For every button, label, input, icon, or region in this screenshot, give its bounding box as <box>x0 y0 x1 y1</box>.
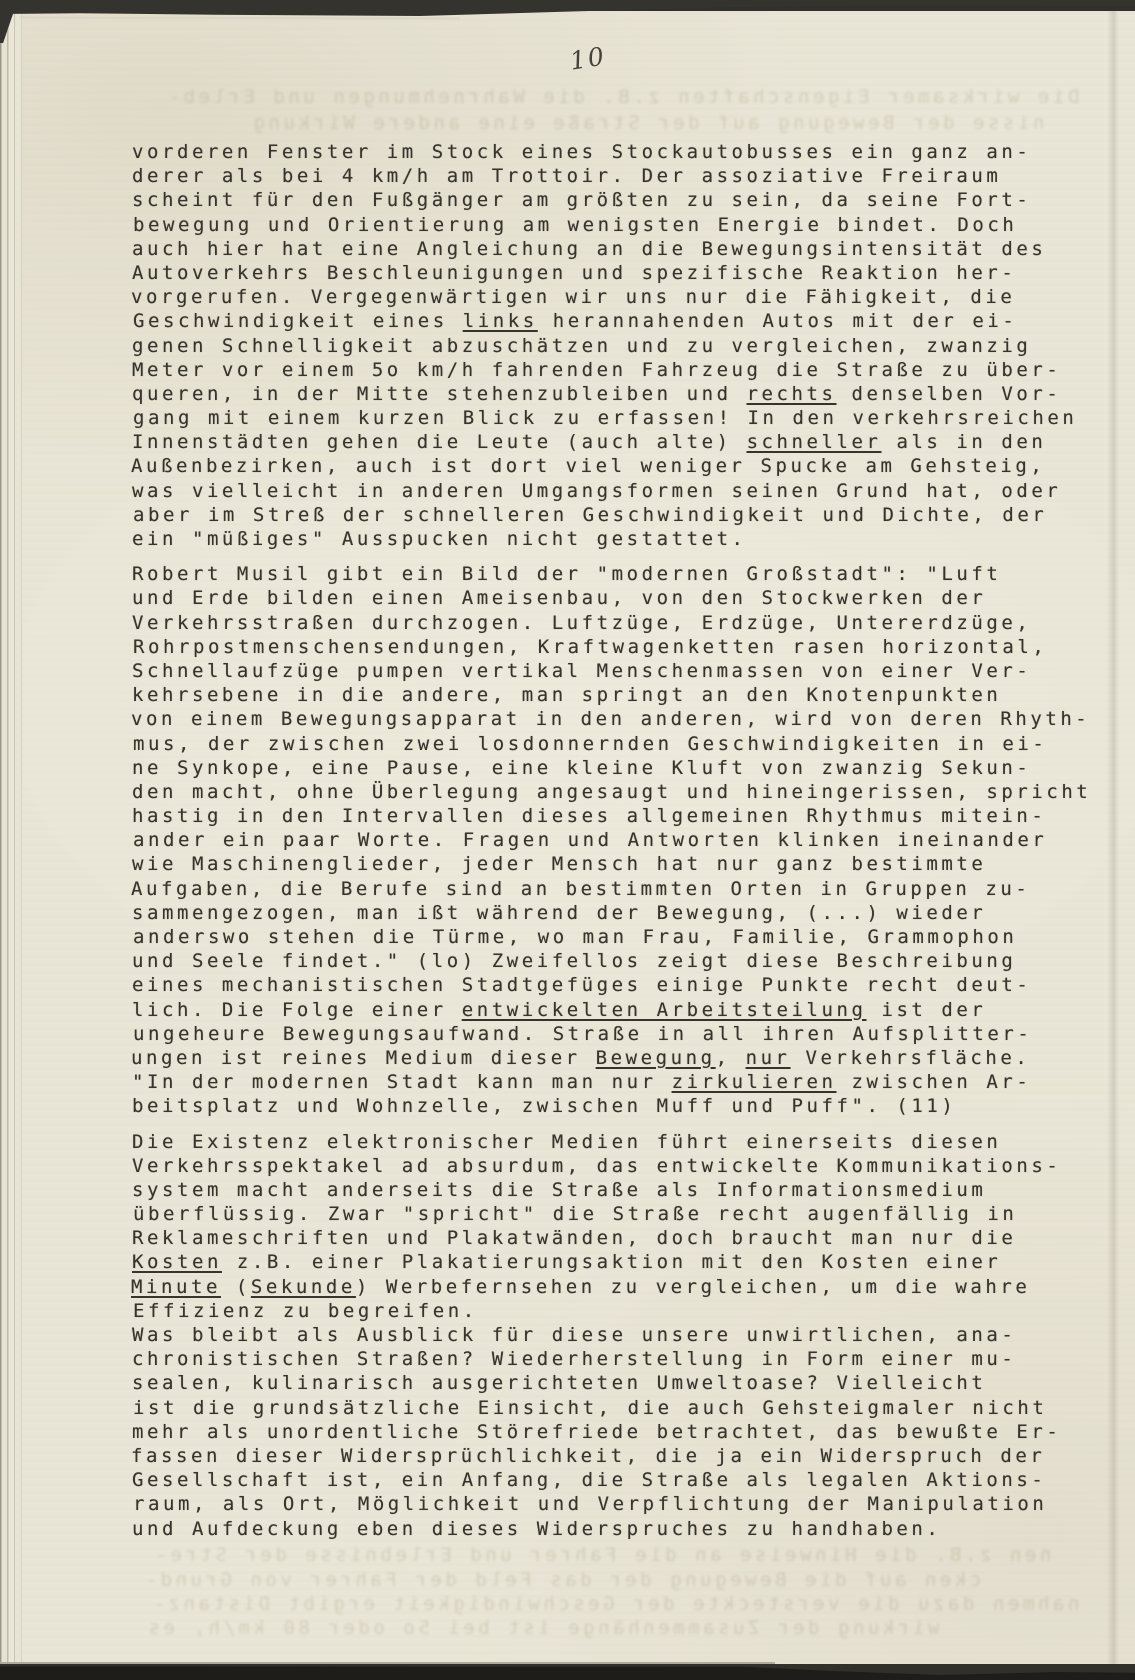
text-line: Minute (Sekunde) Werbefernsehen zu vergl… <box>131 1275 1123 1299</box>
text-line: ne Synkope, eine Pause, eine kleine Kluf… <box>132 756 1124 780</box>
paragraph: Robert Musil gibt ein Bild der "modernen… <box>132 562 1124 1118</box>
text-line: queren, in der Mitte stehenzubleiben und… <box>132 382 1124 406</box>
text-line: Außenbezirken, auch ist dort viel wenige… <box>131 454 1123 478</box>
text-line: eines mechanistischen Stadtgefüges einig… <box>132 973 1124 997</box>
text-line: vorgerufen. Vergegenwärtigen wir uns nur… <box>131 285 1123 309</box>
text-line: was vielleicht in anderen Umgangsformen … <box>132 479 1124 503</box>
text-line: bewegung und Orientierung am wenigsten E… <box>133 213 1125 237</box>
text-line: sammengezogen, man ißt während der Beweg… <box>132 901 1124 925</box>
text-line: Verkehrsstraßen durchzogen. Luftzüge, Er… <box>132 611 1124 635</box>
text-line: ander ein paar Worte. Fragen und Antwort… <box>133 828 1125 852</box>
text-line: Robert Musil gibt ein Bild der "modernen… <box>132 562 1124 586</box>
text-line: mehr als unordentliche Störefriede betra… <box>132 1420 1124 1444</box>
text-line: Verkehrsspektakel ad absurdum, das entwi… <box>132 1154 1124 1178</box>
text-line: beitsplatz und Wohnzelle, zwischen Muff … <box>132 1094 1124 1118</box>
text-line: lich. Die Folge einer entwickelten Arbei… <box>132 998 1124 1022</box>
page-stack-edges <box>0 11 42 1664</box>
text-line: kehrsebene in die andere, man springt an… <box>132 683 1124 707</box>
text-line: überflüssig. Zwar "spricht" die Straße r… <box>133 1202 1125 1226</box>
text-line: system macht anderseits die Straße als I… <box>132 1178 1124 1202</box>
text-line: anderswo stehen die Türme, wo man Frau, … <box>133 925 1125 949</box>
text-line: genen Schnelligkeit abzuschätzen und zu … <box>132 334 1124 358</box>
text-line: ein "müßiges" Ausspucken nicht gestattet… <box>132 527 1124 551</box>
bleedthrough-line: nahmen dazu die versteckte der Geschwind… <box>150 1593 1079 1615</box>
text-line: Die Existenz elektronischer Medien führt… <box>132 1130 1124 1154</box>
text-line: Gesellschaft ist, ein Anfang, die Straße… <box>132 1468 1124 1492</box>
text-line: Kosten z.B. einer Plakatierungsaktion mi… <box>132 1250 1124 1274</box>
text-line: gang mit einem kurzen Blick zu erfassen!… <box>133 406 1125 430</box>
paragraph: vorderen Fenster im Stock eines Stockaut… <box>132 140 1124 551</box>
text-line: Aufgaben, die Berufe sind an bestimmten … <box>131 877 1123 901</box>
text-line: raum, als Ort, Möglichkeit und Verpflich… <box>133 1492 1125 1516</box>
text-line: Rohrpostmenschensendungen, Kraftwagenket… <box>133 635 1125 659</box>
text-line: ungen ist reines Medium dieser Bewegung,… <box>131 1046 1123 1070</box>
text-line: und Erde bilden einen Ameisenbau, von de… <box>132 586 1124 610</box>
text-line: und Seele findet." (lo) Zweifellos zeigt… <box>132 949 1124 973</box>
underlying-sheet-edge-bottom <box>0 1662 775 1664</box>
bleedthrough-line: cken auf die Bewegung der das Feld der F… <box>142 1569 981 1591</box>
text-line: aber im Streß der schnelleren Geschwindi… <box>133 503 1125 527</box>
text-line: und Aufdeckung eben dieses Widerspruches… <box>132 1517 1124 1541</box>
text-line: von einem Bewegungsapparat in den andere… <box>131 707 1123 731</box>
text-line: hastig in den Intervallen dieses allgeme… <box>132 804 1124 828</box>
bleedthrough-line: Die wirksamer Eigenschaften z.B. die Wah… <box>165 86 1079 108</box>
paragraph: Die Existenz elektronischer Medien führt… <box>132 1130 1124 1541</box>
text-line: mus, der zwischen zwei losdonnernden Ges… <box>133 732 1125 756</box>
text-line: ungeheure Bewegungsaufwand. Straße in al… <box>133 1022 1125 1046</box>
page-text: vorderen Fenster im Stock eines Stockaut… <box>132 140 1124 1541</box>
text-line: vorderen Fenster im Stock eines Stockaut… <box>132 140 1124 164</box>
text-line: Schnellaufzüge pumpen vertikal Menschenm… <box>132 659 1124 683</box>
text-line: auch hier hat eine Angleichung an die Be… <box>132 237 1124 261</box>
text-line: "In der modernen Stadt kann man nur zirk… <box>132 1070 1124 1094</box>
text-line: Reklameschriften und Plakatwänden, doch … <box>132 1226 1124 1250</box>
text-line: chronistischen Straßen? Wiederherstellun… <box>132 1347 1124 1371</box>
text-line: Innenstädten gehen die Leute (auch alte)… <box>132 430 1124 454</box>
text-line: Meter vor einem 5o km/h fahrenden Fahrze… <box>132 358 1124 382</box>
bleedthrough-line: nisse der Bewegung auf der Straße eine a… <box>250 112 1044 134</box>
text-line: Autoverkehrs Beschleunigungen und spezif… <box>132 261 1124 285</box>
handwritten-page-number: 10 <box>568 41 608 75</box>
text-line: den macht, ohne Überlegung angesaugt und… <box>132 780 1124 804</box>
bleedthrough-line: nen z.B. die Hinweise an die Fahrer und … <box>152 1544 1051 1566</box>
text-line: Geschwindigkeit eines links herannahende… <box>133 309 1125 333</box>
text-line: fassen dieser Widersprüchlichkeit, die j… <box>131 1444 1123 1468</box>
text-line: Was bleibt als Ausblick für diese unsere… <box>132 1323 1124 1347</box>
text-line: wie Maschinenglieder, jeder Mensch hat n… <box>132 852 1124 876</box>
text-line: sealen, kulinarisch ausgerichteten Umwel… <box>132 1371 1124 1395</box>
text-line: scheint für den Fußgänger am größten zu … <box>132 188 1124 212</box>
text-line: ist die grundsätzliche Einsicht, die auc… <box>133 1396 1125 1420</box>
text-line: derer als bei 4 km/h am Trottoir. Der as… <box>132 164 1124 188</box>
text-line: Effizienz zu begreifen. <box>133 1299 1125 1323</box>
bleedthrough-line: wirkung der Zusammenhänge ist bei 5o ode… <box>145 1617 939 1639</box>
